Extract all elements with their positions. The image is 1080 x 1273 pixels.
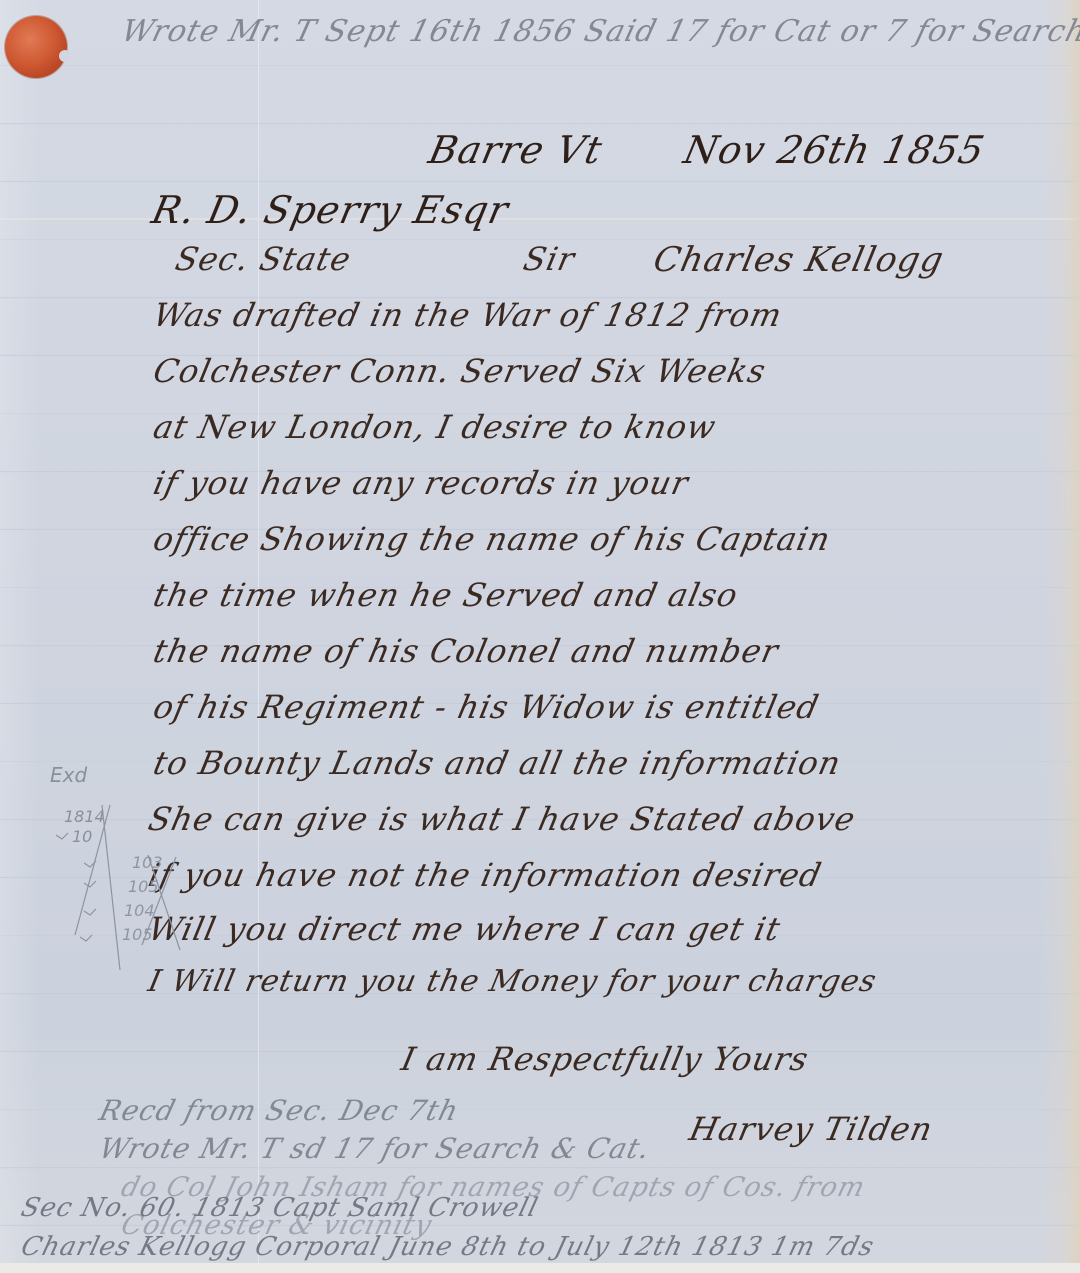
tally-year: 1814 [64, 807, 105, 826]
body-line: I Will return you the Money for your cha… [145, 964, 880, 999]
pencil-note: Wrote Mr. T sd 17 for Search & Cat. [96, 1132, 654, 1165]
body-line: if you have any records in your [150, 464, 692, 502]
wax-seal-icon [5, 16, 67, 78]
tally-number: 105 [128, 877, 159, 896]
tally-number: 105 [122, 925, 153, 944]
tally-number: 10 [72, 827, 92, 846]
closing: I am Respectfully Yours [398, 1040, 812, 1078]
body-line: Charles Kellogg [650, 240, 948, 280]
paper-edge-right [1066, 0, 1080, 1273]
signature: Harvey Tilden [686, 1110, 936, 1148]
tally-number: 103 [132, 853, 163, 872]
body-line: the name of his Colonel and number [150, 632, 782, 670]
salutation: Sir [520, 240, 579, 278]
body-line: to Bounty Lands and all the information [150, 744, 845, 782]
dateline-date: Nov 26th 1855 [680, 128, 989, 172]
body-line: Will you direct me where I can get it [145, 910, 784, 948]
addressee-name: R. D. Sperry Esqr [148, 188, 513, 232]
margin-tally: Exd 1814 10 103 105 104 105 [40, 755, 190, 975]
addressee-title: Sec. State [172, 240, 355, 278]
paper-edge-bottom [0, 1263, 1080, 1273]
body-line: She can give is what I have Stated above [145, 800, 859, 838]
tally-number: 104 [124, 901, 155, 920]
letter-page: Wrote Mr. T Sept 16th 1856 Said 17 for C… [0, 0, 1080, 1273]
body-line: of his Regiment - his Widow is entitled [150, 688, 823, 726]
body-line: office Showing the name of his Captain [150, 520, 834, 558]
footer-note: Charles Kellogg Corporal June 8th to Jul… [18, 1232, 877, 1262]
body-line: Was drafted in the War of 1812 from [150, 296, 786, 334]
body-line: if you have not the information desired [145, 856, 825, 894]
body-line: Colchester Conn. Served Six Weeks [150, 352, 770, 390]
tally-strokes-icon [40, 755, 190, 975]
body-line: the time when he Served and also [150, 576, 742, 614]
dateline-place: Barre Vt [425, 128, 607, 172]
body-line: at New London, I desire to know [150, 408, 720, 446]
footer-note: Sec No. 60. 1813 Capt Saml Crowell [18, 1193, 542, 1223]
tally-label: Exd [50, 763, 87, 787]
pencil-note: Recd from Sec. Dec 7th [96, 1094, 462, 1127]
header-annotation: Wrote Mr. T Sept 16th 1856 Said 17 for C… [118, 14, 1080, 49]
